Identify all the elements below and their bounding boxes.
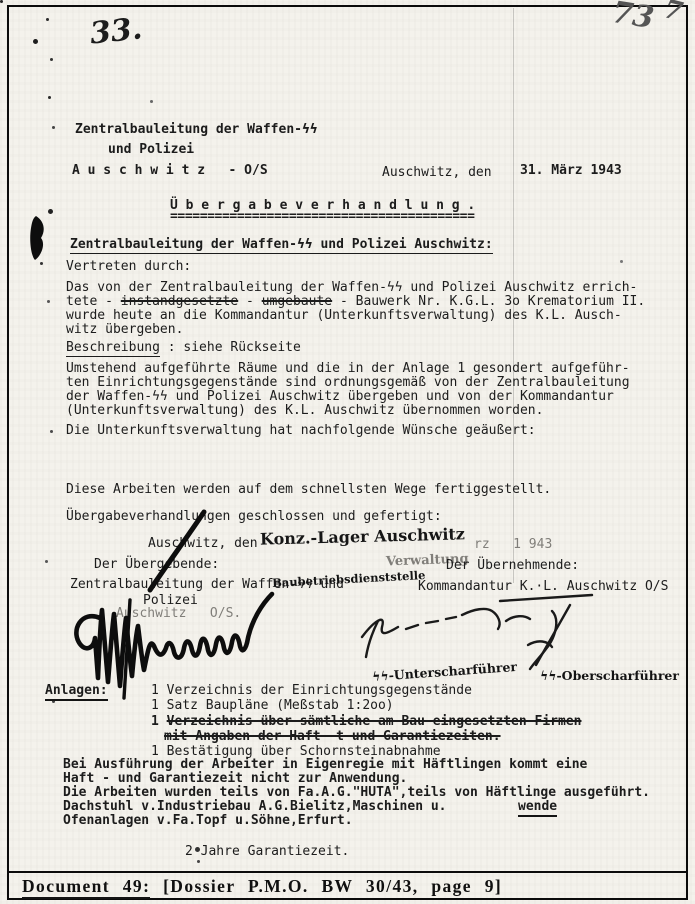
vertreten-line: Vertreten durch:	[66, 260, 191, 274]
handwritten-page-number: 33.	[88, 11, 144, 51]
wuensche-line: Die Unterkunftsverwaltung hat nachfolgen…	[66, 424, 536, 438]
note-line-3: Die Arbeiten wurden teils von Fa.A.G."HU…	[63, 786, 650, 800]
uebernehmende-label: Der Übernehmende:	[446, 559, 579, 573]
caption-label: Document 49:	[22, 876, 150, 899]
letterhead-line3: A u s c h w i t z - O/S	[72, 164, 268, 178]
caption-divider	[9, 871, 686, 873]
strike-word-umgebaute: umgebaute	[262, 294, 332, 309]
paragraph2-line2: ten Einrichtungsgegenstände sind ordnung…	[66, 376, 630, 390]
paragraph1-line3: wurde heute an die Kommandantur (Unterku…	[66, 309, 622, 323]
beschreibung-label: Beschreibung	[66, 340, 160, 357]
anlagen-item-2: 1 Satz Baupläne (Meßstab 1:2oo)	[151, 699, 394, 713]
paragraph1-line4: witz übergeben.	[66, 323, 183, 337]
strike-word-instandgesetzte: instandgesetzte	[121, 294, 238, 309]
date-value: 31. März 1943	[520, 164, 622, 178]
letterhead-line2: und Polizei	[108, 143, 194, 157]
date-label: Auschwitz, den	[382, 166, 492, 180]
geschlossen-line: Übergabeverhandlungen geschlossen und ge…	[66, 510, 442, 524]
beschreibung-line: Beschreibung : siehe Rückseite	[66, 341, 301, 355]
paragraph1-line2: tete - instandgesetzte - umgebaute - Bau…	[66, 295, 645, 309]
note-line-4: Dachstuhl v.Industriebau A.G.Bielitz,Mas…	[63, 800, 447, 814]
note-line-5: Ofenanlagen v.Fa.Topf u.Söhne,Erfurt.	[63, 814, 353, 828]
anlagen-item-3-num: 1	[151, 714, 167, 729]
margin-ink-blob	[29, 216, 49, 262]
document-scan: 33. 73 7 Zentralbauleitung der Waffen-ϟϟ…	[0, 0, 695, 904]
paper-speckles	[0, 0, 3, 3]
note-line-2: Haft - und Garantiezeit nicht zur Anwend…	[63, 772, 407, 786]
anlagen-item-3-line2: mit Angaben der Haft- t und Garantiezeit…	[164, 730, 501, 744]
paragraph2-line1: Umstehend aufgeführte Räume und die in d…	[66, 362, 630, 376]
pencil-mark-left: 73	[610, 0, 657, 36]
anlagen-label: Anlagen:	[45, 684, 108, 701]
p1l2-mid: -	[238, 294, 261, 309]
closing-date-fragment: rz 1 943	[474, 538, 552, 552]
p1l2-pre: tete -	[66, 294, 121, 309]
recipient-heading: Zentralbauleitung der Waffen-ϟϟ und Poli…	[70, 238, 493, 254]
paragraph2-line4: (Unterkunftsverwaltung) des K.L. Auschwi…	[66, 404, 543, 418]
paragraph1-line1: Das von der Zentralbauleitung der Waffen…	[66, 281, 637, 295]
anlagen-item-3-line1: 1 Verzeichnis über sämtliche am Bau eing…	[151, 715, 581, 729]
caption-text: Document 49: [Dossier P.M.O. BW 30/43, p…	[22, 876, 502, 897]
signature-slash	[140, 508, 212, 594]
paragraph2-line3: der Waffen-ϟϟ und Polizei Auschwitz über…	[66, 390, 614, 404]
anlagen-item-1: 1 Verzeichnis der Einrichtungsgegenständ…	[151, 684, 472, 698]
anlagen-item-3-struck1: Verzeichnis über sämtliche am Bau einges…	[167, 714, 582, 729]
margin-word-wende: wende	[518, 800, 557, 817]
beschreibung-rest: : siehe Rückseite	[160, 340, 301, 355]
rank-stamp-oberscharfuehrer: ϟϟ-Oberscharführer	[540, 668, 679, 683]
arbeiten-line: Diese Arbeiten werden auf dem schnellste…	[66, 483, 551, 497]
letterhead-line1: Zentralbauleitung der Waffen-ϟϟ	[75, 123, 318, 137]
note-line-1: Bei Ausführung der Arbeiter in Eigenregi…	[63, 758, 587, 772]
caption-rest: [Dossier P.M.O. BW 30/43, page 9]	[150, 876, 502, 896]
title-rule: ========================================…	[170, 210, 475, 224]
note-line-6: 2 Jahre Garantiezeit.	[185, 845, 349, 859]
p1l2-post: - Bauwerk Nr. K.G.L. 3o Krematorium II.	[332, 294, 645, 309]
